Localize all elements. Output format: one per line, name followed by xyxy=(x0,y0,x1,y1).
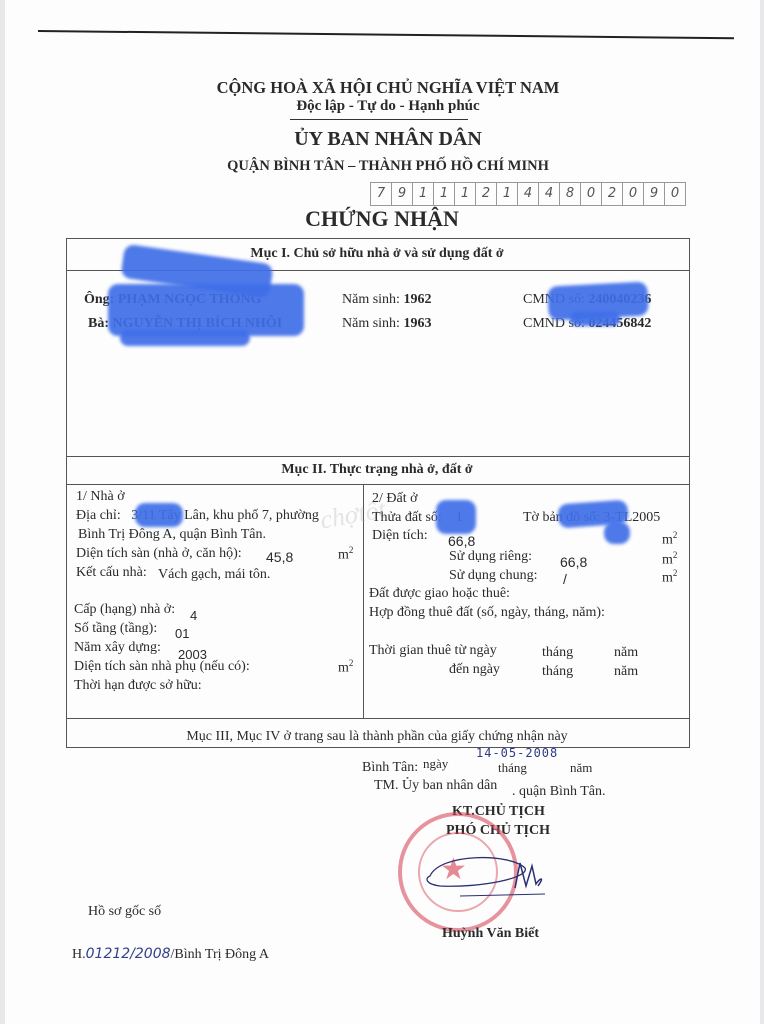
lease-contract-label: Hợp đồng thuê đất (số, ngày, tháng, năm)… xyxy=(369,605,605,621)
divider xyxy=(66,456,689,457)
redaction-mark xyxy=(120,330,250,346)
owner1-birth: Năm sinh: 1962 xyxy=(342,292,431,308)
owner2-birth: Năm sinh: 1963 xyxy=(342,316,431,332)
redaction-mark xyxy=(436,500,476,534)
land-area-value: 66,8 xyxy=(448,533,475,549)
birth-label: Năm sinh: xyxy=(342,316,400,331)
district-heading: QUẬN BÌNH TÂN – THÀNH PHỐ HỒ CHÍ MINH xyxy=(0,158,764,175)
grade-value: 4 xyxy=(190,608,197,623)
address-label: Địa chỉ: xyxy=(76,508,121,523)
section2-heading: Mục II. Thực trạng nhà ở, đất ở xyxy=(66,462,688,478)
floors-value: 01 xyxy=(175,626,189,641)
redaction-mark xyxy=(135,503,183,527)
serial-digit: 4 xyxy=(539,183,560,205)
private-use-value: 66,8 xyxy=(560,554,587,570)
structure-value: Vách gạch, mái tôn. xyxy=(158,567,270,583)
place-date-prefix: Bình Tân: xyxy=(362,760,418,776)
serial-digit: 2 xyxy=(602,183,623,205)
unit-m2: m2 xyxy=(662,568,677,587)
owner2-prefix: Bà: xyxy=(88,316,109,331)
serial-digit: 0 xyxy=(581,183,602,205)
floors-label: Số tầng (tầng): xyxy=(74,621,157,637)
shared-use-value: / xyxy=(563,571,567,587)
nation-heading: CỘNG HOÀ XÃ HỘI CHỦ NGHĨA VIỆT NAM xyxy=(0,78,764,98)
address-row: Địa chỉ: 3/11 Tây Lân, khu phố 7, phường xyxy=(76,508,319,524)
lease-from-label: Thời gian thuê từ ngày xyxy=(369,643,497,659)
records-label: Hồ sơ gốc số xyxy=(88,904,161,920)
ownership-term-label: Thời hạn được sở hữu: xyxy=(74,678,202,694)
lease-from-year: năm xyxy=(614,645,638,661)
records-suffix: /Bình Trị Đông A xyxy=(171,947,269,962)
records-number: 01212/2008 xyxy=(86,946,171,962)
right-border xyxy=(760,0,764,1024)
serial-digit: 2 xyxy=(476,183,497,205)
divider xyxy=(66,484,689,485)
serial-digit: 1 xyxy=(497,183,518,205)
floor-area-label: Diện tích sàn (nhà ở, căn hộ): xyxy=(76,546,242,562)
serial-digit: 0 xyxy=(623,183,644,205)
unit-m2: m2 xyxy=(662,550,677,569)
month-label: tháng xyxy=(498,760,527,776)
serial-digit: 1 xyxy=(434,183,455,205)
unit-m2: m2 xyxy=(662,530,677,549)
plot-label: Thửa đất số: xyxy=(372,510,442,525)
serial-digit: 7 xyxy=(371,183,392,205)
shared-use-label: Sử dụng chung: xyxy=(449,568,537,584)
document-title: CHỨNG NHẬN xyxy=(0,206,764,232)
private-use-label: Sử dụng riêng: xyxy=(449,549,532,565)
divider xyxy=(66,718,689,719)
year-label: năm xyxy=(570,760,592,776)
structure-label: Kết cấu nhà: xyxy=(76,565,147,581)
serial-digit: 4 xyxy=(518,183,539,205)
on-behalf-suffix: . quận Bình Tân. xyxy=(512,784,605,800)
redaction-mark xyxy=(604,522,630,544)
records-number-row: H.01212/2008/Bình Trị Đông A xyxy=(72,946,269,963)
motto: Độc lập - Tự do - Hạnh phúc xyxy=(0,98,764,115)
grade-label: Cấp (hạng) nhà ở: xyxy=(74,602,175,618)
authority-heading: ỦY BAN NHÂN DÂN xyxy=(0,128,764,151)
aux-area-label: Diện tích sàn nhà phụ (nếu có): xyxy=(74,659,250,675)
redaction-mark xyxy=(570,312,620,326)
left-border xyxy=(0,0,5,1024)
floor-area-value: 45,8 xyxy=(266,549,293,565)
serial-digit: 1 xyxy=(455,183,476,205)
signer-name: Huỳnh Văn Biết xyxy=(442,926,539,942)
unit-m2: m2 xyxy=(338,545,353,564)
address-line2: Bình Trị Đông A, quận Bình Tân. xyxy=(78,527,266,543)
serial-digit: 1 xyxy=(413,183,434,205)
serial-digit: 0 xyxy=(665,183,685,205)
day-label: ngày xyxy=(423,756,448,772)
lease-from-month: tháng xyxy=(542,645,573,661)
date-stamp: 14-05-2008 xyxy=(476,746,558,760)
allocation-label: Đất được giao hoặc thuê: xyxy=(369,586,510,602)
birth-year: 1963 xyxy=(403,316,431,331)
signature-scribble xyxy=(420,848,570,908)
records-prefix: H. xyxy=(72,947,86,962)
lease-to-label: đến ngày xyxy=(449,662,500,678)
lease-to-year: năm xyxy=(614,664,638,680)
serial-number-boxes: 791112144802090 xyxy=(370,182,686,206)
land-area-label: Diện tích: xyxy=(372,528,428,544)
lease-to-month: tháng xyxy=(542,664,573,680)
birth-label: Năm sinh: xyxy=(342,292,400,307)
house-heading: 1/ Nhà ở xyxy=(76,489,125,505)
serial-digit: 9 xyxy=(644,183,665,205)
on-behalf: TM. Ủy ban nhân dân xyxy=(374,778,497,794)
unit-m2: m2 xyxy=(338,658,353,677)
serial-digit: 9 xyxy=(392,183,413,205)
top-rule xyxy=(38,30,734,39)
footer-note: Mục III, Mục IV ở trang sau là thành phầ… xyxy=(66,729,688,745)
serial-digit: 8 xyxy=(560,183,581,205)
year-built-label: Năm xây dựng: xyxy=(74,640,161,656)
redaction-mark xyxy=(108,284,304,336)
birth-year: 1962 xyxy=(403,292,431,307)
land-heading: 2/ Đất ở xyxy=(372,491,418,507)
motto-underline xyxy=(290,119,468,120)
